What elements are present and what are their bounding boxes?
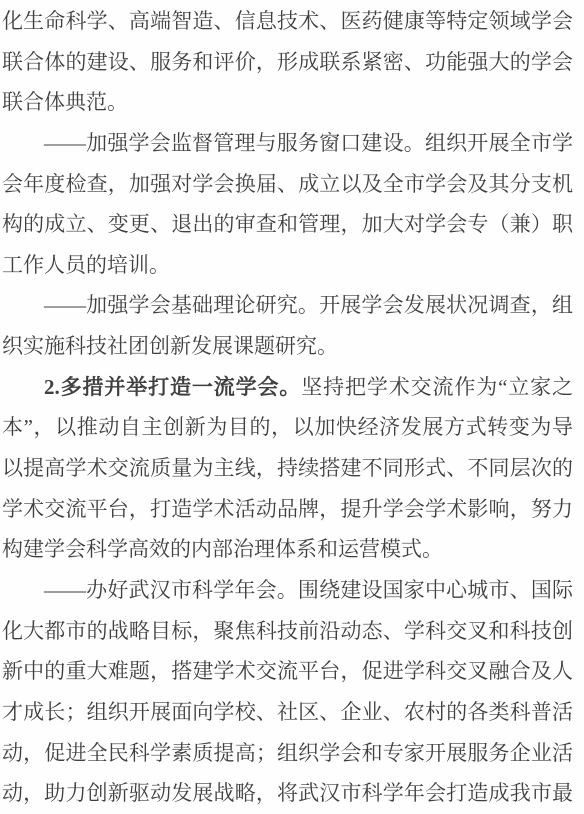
text-line-paragraph-start: ——加强学会基础理论研究。开展学会发展状况调查，组 [2, 285, 573, 326]
text-line: 学术交流平台，打造学术活动品牌，提升学会学术影响，努力 [2, 489, 573, 530]
text-line: 会年度检查，加强对学会换届、成立以及全市学会及其分支机 [2, 164, 573, 205]
text-line: 构的成立、变更、退出的审查和管理，加大对学会专（兼）职 [2, 204, 573, 245]
text-line: 化大都市的战略目标，聚焦科技前沿动态、学科交叉和科技创 [2, 611, 573, 652]
text-line: 以提高学术交流质量为主线，持续搭建不同形式、不同层次的 [2, 448, 573, 489]
text-line-paragraph-start: ——办好武汉市科学年会。围绕建设国家中心城市、国际 [2, 570, 573, 611]
text-line-paragraph-end: 构建学会科学高效的内部治理体系和运营模式。 [2, 529, 573, 570]
document-page: 化生命科学、高端智造、信息技术、医药健康等特定领域学会 联合体的建设、服务和评价… [0, 0, 584, 814]
text-run: 坚持把学术交流作为“立家之 [301, 375, 573, 399]
text-line: 才成长；组织开展面向学校、社区、企业、农村的各类科普活 [2, 692, 573, 733]
text-line: 动，促进全民科学素质提高；组织学会和专家开展服务企业活 [2, 733, 573, 774]
text-line-paragraph-end: 联合体典范。 [2, 82, 573, 123]
text-line: 联合体的建设、服务和评价，形成联系紧密、功能强大的学会 [2, 42, 573, 83]
section-heading-bold-run: 2.多措并举打造一流学会。 [44, 375, 301, 399]
text-line-paragraph-start: 2.多措并举打造一流学会。坚持把学术交流作为“立家之 [2, 367, 573, 408]
text-line-paragraph-end: 工作人员的培训。 [2, 245, 573, 286]
text-line-paragraph-start: ——加强学会监督管理与服务窗口建设。组织开展全市学 [2, 123, 573, 164]
text-line-paragraph-end: 织实施科技社团创新发展课题研究。 [2, 326, 573, 367]
text-line: 本”，以推动自主创新为目的，以加快经济发展方式转变为导向 [2, 407, 573, 448]
text-line: 化生命科学、高端智造、信息技术、医药健康等特定领域学会 [2, 1, 573, 42]
text-line: 动，助力创新驱动发展战略，将武汉市科学年会打造成我市最 [2, 773, 573, 814]
text-line: 新中的重大难题，搭建学术交流平台，促进学科交叉融合及人 [2, 651, 573, 692]
